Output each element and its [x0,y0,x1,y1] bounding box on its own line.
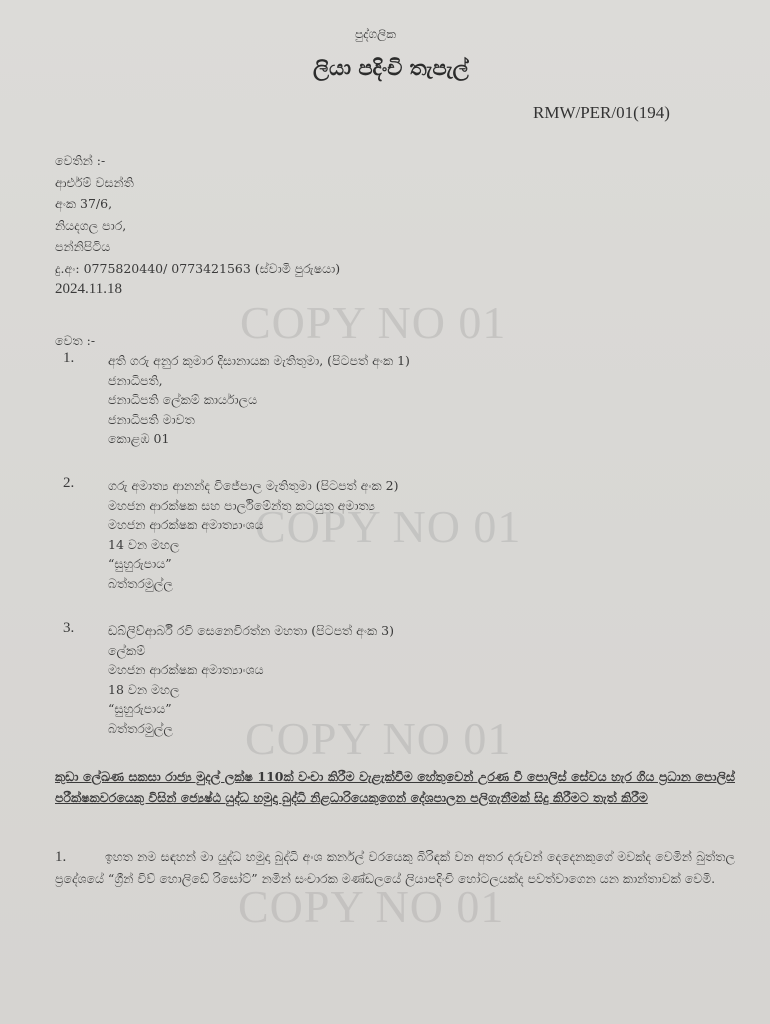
recipient-line: ජනාධිපති, [108,371,410,391]
document-title: ලියා පදිංචි තැපැල් [313,55,469,81]
recipient-line: 18 වන මහල [108,680,394,700]
letter-date: 2024.11.18 [55,279,340,301]
sender-name: ආර්එම් වසන්ති [55,172,340,194]
to-label: වෙත :- [55,330,95,352]
recipient-line: බත්තරමුල්ල [108,719,394,739]
from-label: වෙතින් :- [55,150,340,172]
recipient-line: මහජන ආරක්ෂක අමාත්‍යාංශය [108,660,394,680]
recipient-line: ජනාධිපති ලේකම් කාර්යාලය [108,390,410,410]
recipient-line: මහජන ආරක්ෂක සහ පාර්ලිමේන්තු කටයුතු අමාත්… [108,496,398,516]
recipient-number: 1. [63,350,74,367]
recipient-line: අති ගරු අනුර කුමාර දිසානායක මැතිතුමා, (ප… [108,351,410,371]
classification-label: පුද්ගලික [355,27,396,42]
sender-address-line3: පන්නිපිටිය [55,236,340,258]
recipient-number: 3. [63,620,74,637]
recipient-line: ගරු අමාත්‍ය ආනන්ද විජේපාල මැතිතුමා (පිටප… [108,476,398,496]
recipient-line: බත්තරමුල්ල [108,574,398,594]
recipient-line: “සුහුරුපාය” [108,699,394,719]
recipient-line: ලේකම් [108,641,394,661]
recipient-1: අති ගරු අනුර කුමාර දිසානායක මැතිතුමා, (ප… [108,351,410,449]
watermark: COPY NO 01 [240,296,506,349]
sender-phone: දු.අං: 0775820440/ 0773421563 (ස්වාමි පු… [55,258,340,280]
recipient-3: ඩබ්ලිව්ආර්බී රවි සෙනෙවිරත්න මහතා (පිටපත්… [108,621,394,738]
recipient-2: ගරු අමාත්‍ය ආනන්ද විජේපාල මැතිතුමා (පිටප… [108,476,398,593]
letter-subject: කුඩා ලේඛණ සකසා රාජ්‍ය මුදල් ලක්ෂ 110ක් ව… [55,766,735,808]
recipient-line: “සුහුරුපාය” [108,554,398,574]
paragraph-text: ඉහත නම සඳහන් මා යුද්ධ හමුදා බුද්ධි අංශ ක… [55,849,735,886]
sender-address-line1: අංක 37/6, [55,193,340,215]
sender-address-line2: නියදගල පාර, [55,215,340,237]
recipient-line: ජනාධිපති මාවත [108,410,410,430]
recipient-number: 2. [63,475,74,492]
paragraph-number: 1. [55,847,105,868]
recipient-line: ඩබ්ලිව්ආර්බී රවි සෙනෙවිරත්න මහතා (පිටපත්… [108,621,394,641]
paragraph-1: 1.ඉහත නම සඳහන් මා යුද්ධ හමුදා බුද්ධි අංශ… [55,846,735,889]
recipient-line: 14 වන මහල [108,535,398,555]
recipient-line: මහජන ආරක්ෂක අමාත්‍යාංශය [108,515,398,535]
reference-number: RMW/PER/01(194) [533,103,670,123]
sender-block: වෙතින් :- ආර්එම් වසන්ති අංක 37/6, නියදගල… [55,150,340,301]
recipient-line: කොළඹ 01 [108,429,410,449]
